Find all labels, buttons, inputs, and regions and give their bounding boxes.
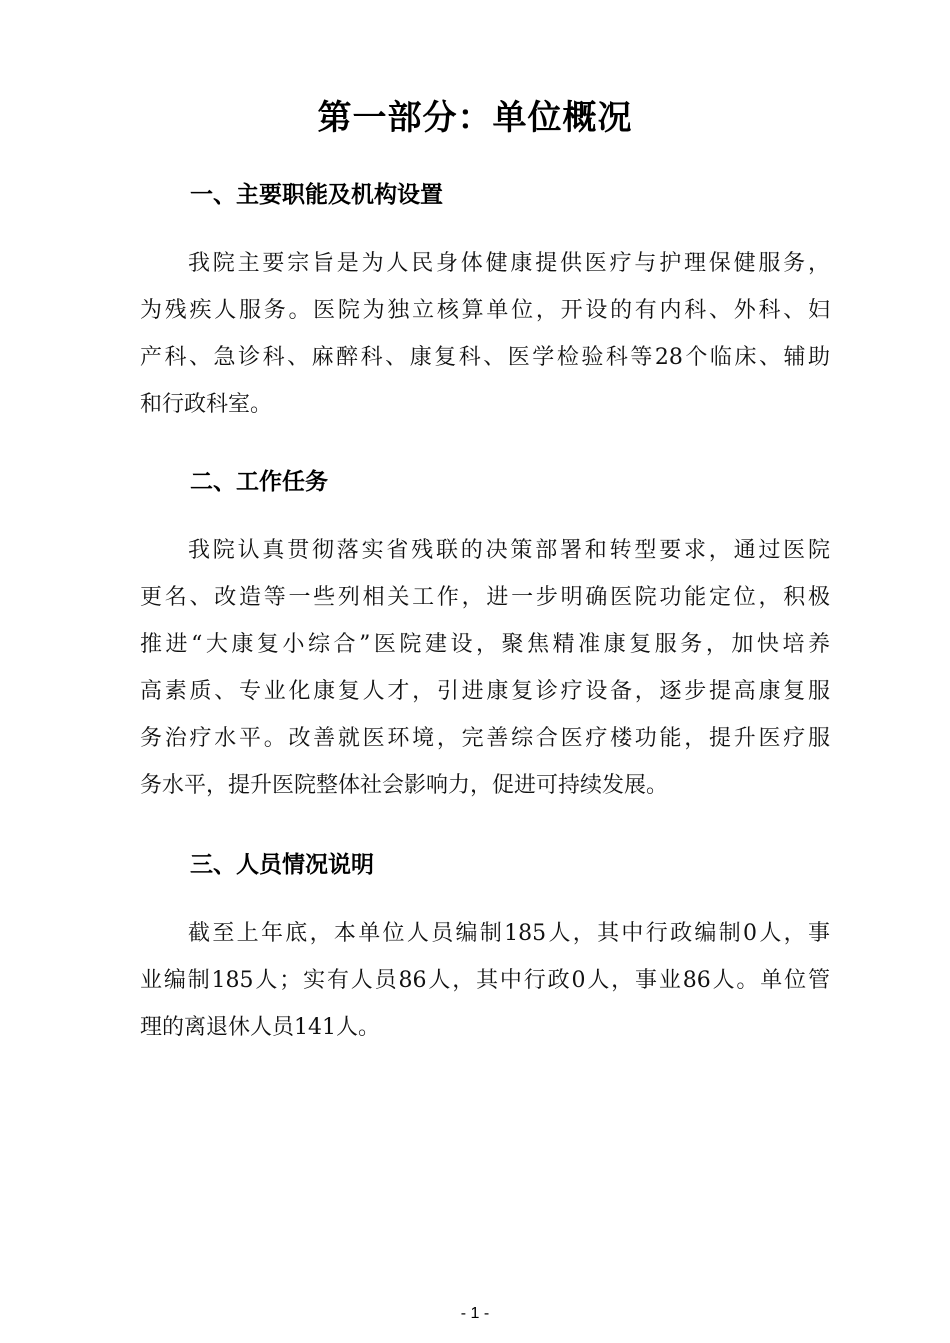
section-heading-staff: 三、人员情况说明 [190, 846, 374, 879]
paragraph-line: 产科、急诊科、麻醉科、康复科、医学检验科等28个临床、辅助 [140, 334, 830, 381]
section-body-tasks: 我院认真贯彻落实省残联的决策部署和转型要求，通过医院 更名、改造等一些列相关工作… [140, 527, 830, 809]
paragraph-line: 为残疾人服务。医院为独立核算单位，开设的有内科、外科、妇 [140, 287, 830, 334]
paragraph-line: 更名、改造等一些列相关工作，进一步明确医院功能定位，积极 [140, 574, 830, 621]
document-page: 第一部分：单位概况 一、主要职能及机构设置 我院主要宗旨是为人民身体健康提供医疗… [0, 0, 950, 1343]
section-heading-functions: 一、主要职能及机构设置 [190, 176, 443, 209]
paragraph-line: 业编制185人；实有人员86人，其中行政0人，事业86人。单位管 [140, 957, 830, 1004]
paragraph-line: 务治疗水平。改善就医环境，完善综合医疗楼功能，提升医疗服 [140, 715, 830, 762]
paragraph-line: 高素质、专业化康复人才，引进康复诊疗设备，逐步提高康复服 [140, 668, 830, 715]
paragraph-line: 理的离退休人员141人。 [140, 1004, 830, 1051]
paragraph-line: 推进“大康复小综合”医院建设，聚焦精准康复服务，加快培养 [140, 621, 830, 668]
paragraph-line: 我院主要宗旨是为人民身体健康提供医疗与护理保健服务， [140, 240, 830, 287]
paragraph-line: 我院认真贯彻落实省残联的决策部署和转型要求，通过医院 [140, 527, 830, 574]
page-number: - 1 - [0, 1305, 950, 1323]
paragraph-line: 和行政科室。 [140, 381, 830, 428]
paragraph-line: 截至上年底，本单位人员编制185人，其中行政编制0人，事 [140, 910, 830, 957]
section-heading-tasks: 二、工作任务 [190, 463, 328, 496]
page-title: 第一部分：单位概况 [0, 90, 950, 139]
section-body-staff: 截至上年底，本单位人员编制185人，其中行政编制0人，事 业编制185人；实有人… [140, 910, 830, 1051]
section-body-functions: 我院主要宗旨是为人民身体健康提供医疗与护理保健服务， 为残疾人服务。医院为独立核… [140, 240, 830, 428]
paragraph-line: 务水平，提升医院整体社会影响力，促进可持续发展。 [140, 762, 830, 809]
